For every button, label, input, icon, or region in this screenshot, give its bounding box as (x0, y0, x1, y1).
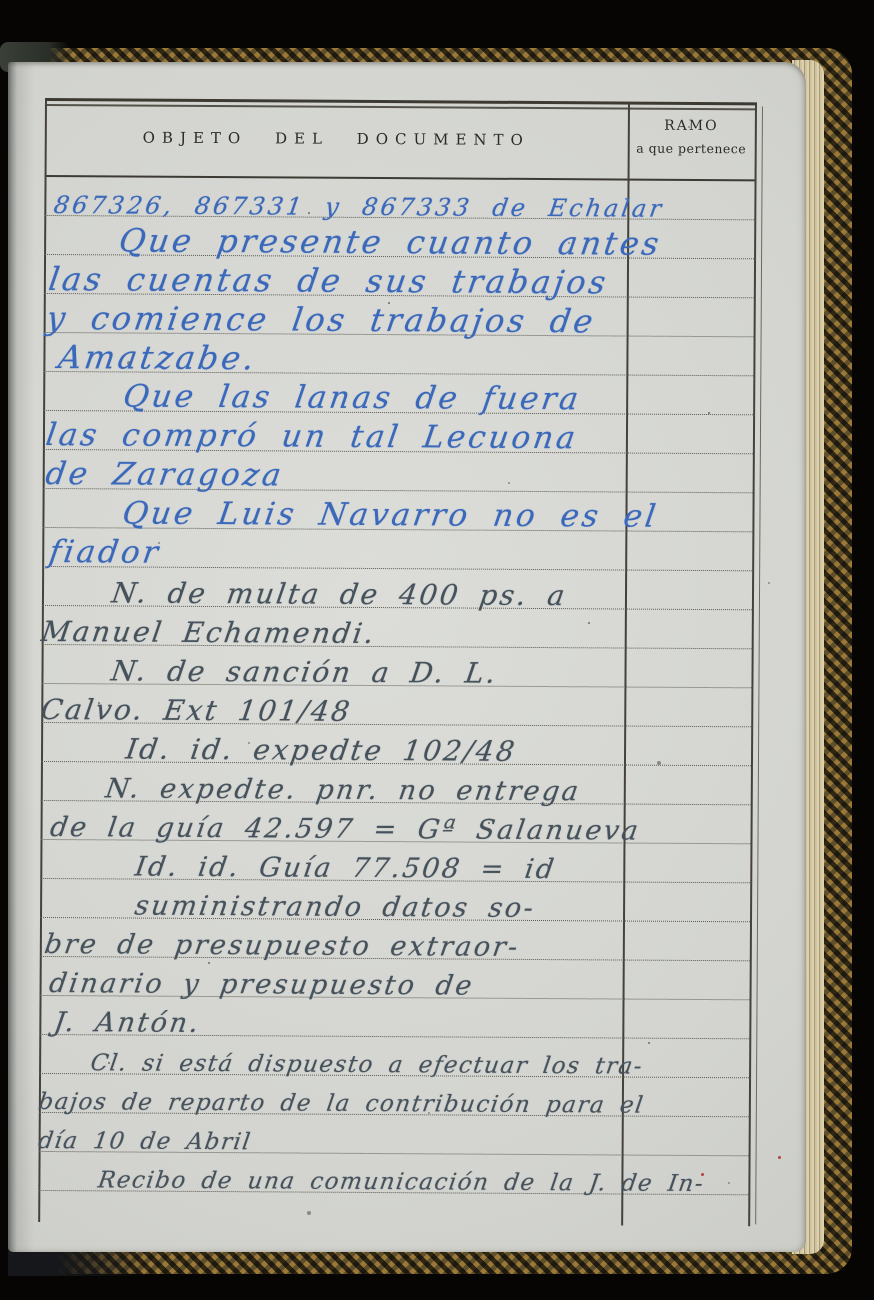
ramo-column-header: RAMO a que pertenece (628, 118, 755, 157)
handwritten-line: Id. id. expedte 102/48 (124, 736, 519, 766)
ledger-page: OBJETO DEL DOCUMENTO RAMO a que pertenec… (8, 62, 806, 1252)
handwritten-line: las cuentas de sus trabajos (47, 263, 611, 298)
handwritten-line: Que las lanas de fuera (121, 381, 583, 415)
handwritten-line: las compró un tal Lecuona (44, 420, 580, 454)
handwritten-line: Calvo. Ext 101/48 (39, 696, 354, 726)
header-separator-rule (45, 175, 757, 181)
table-left-border (38, 100, 47, 1222)
handwritten-line: Amatzabe. (56, 341, 259, 374)
handwriting-layer: 867326, 867331 y 867333 de EchalarQue pr… (8, 62, 806, 67)
handwritten-line: Cl. si está dispuesto a efectuar los tra… (89, 1052, 645, 1078)
ramo-header-line2: a que pertenece (628, 141, 755, 157)
handwritten-line: de la guía 42.597 = Gª Salanueva (48, 814, 642, 845)
handwritten-line: dinario y presupuesto de (48, 970, 476, 1000)
handwritten-line: N. de multa de 400 ps. a (110, 579, 569, 610)
handwritten-line: J. Antón. (52, 1009, 202, 1037)
ramo-header-line1: RAMO (628, 118, 755, 135)
handwritten-line: Que Luis Navarro no es el (120, 498, 660, 532)
handwritten-line: día 10 de Abril (37, 1130, 253, 1154)
handwritten-line: Que presente cuanto antes (117, 224, 664, 259)
handwritten-line: Manuel Echamendi. (40, 618, 378, 648)
handwritten-line: Id. id. Guía 77.508 = id (133, 854, 558, 884)
page-tilt-wrapper: OBJETO DEL DOCUMENTO RAMO a que pertenec… (1, 62, 806, 1257)
handwritten-line: y comience los trabajos de (45, 302, 598, 337)
ruled-lines-layer (8, 62, 806, 67)
handwritten-line: 867326, 867331 y 867333 de Echalar (52, 193, 665, 221)
handwritten-line: bajos de reparto de la contribución para… (37, 1091, 646, 1118)
handwritten-line: N. de sanción a D. L. (109, 657, 499, 687)
handwritten-line: N. expedte. pnr. no entrega (104, 775, 583, 805)
handwritten-line: suministrando datos so- (133, 893, 537, 922)
table-top-rule-thin (45, 104, 757, 110)
objeto-column-header: OBJETO DEL DOCUMENTO (45, 128, 628, 150)
scanned-ledger-photo: OBJETO DEL DOCUMENTO RAMO a que pertenec… (0, 0, 874, 1300)
table-right-outer-border (755, 106, 763, 1224)
handwritten-line: Recibo de una comunicación de la J. de I… (96, 1169, 705, 1196)
handwritten-line: de Zaragoza (44, 459, 286, 491)
handwritten-line: bre de presupuesto extraor- (43, 931, 522, 961)
handwritten-line: fiador (47, 537, 163, 569)
